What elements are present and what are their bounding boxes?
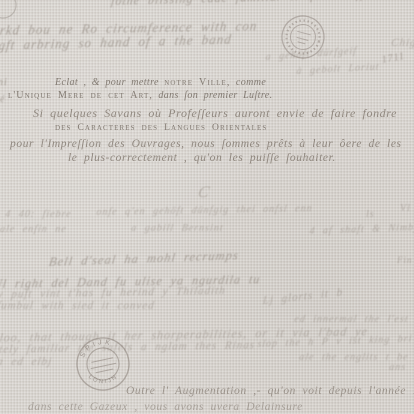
- handwritten-line: tale enfin ne: [0, 224, 67, 235]
- handwritten-line: fumbul with sied it conved: [0, 300, 155, 312]
- printed-line-2: l'Unique Mere de cet Art, dans ſon premi…: [8, 90, 272, 101]
- vintage-script-fabric-texture: SPIJK LONIJN fothe blissing cade familia…: [0, 0, 414, 414]
- handwritten-fragment: ls: [366, 209, 375, 220]
- printed-line-6: le plus-correctement , qu'on les puiſſe …: [68, 152, 336, 164]
- handwritten-fragment: é: [0, 94, 5, 105]
- handwritten-fragment: Vl: [400, 203, 411, 214]
- handwritten-line: a gabill Bernsint: [130, 223, 224, 234]
- printed-line-1: Eclat , & pour mettre notre Ville, comme: [55, 77, 266, 88]
- printed-line-5: pour l'Impreſſion des Ouvrages, nous ſom…: [10, 138, 402, 150]
- corner-arc-fragment: [0, 0, 16, 18]
- printed-line-3: Si quelques Savans où Profeſſeurs auront…: [33, 106, 397, 121]
- printed-line-bottom-2: dans cette Gazeux , vous avons uvera Del…: [28, 401, 303, 413]
- handwritten-line: 4 40: fiebre: [4, 209, 72, 220]
- printed-line-4: des Caracteres des Langues Orientales: [55, 123, 267, 133]
- handwritten-line: ed innermal the l'est: [293, 314, 409, 325]
- handwritten-fragment: a ed elbj: [0, 356, 53, 368]
- handwritten-fragment: Fin: [397, 255, 413, 265]
- handwritten-fragment: ni: [0, 77, 8, 88]
- handwritten-fragment: Chig: [390, 37, 414, 49]
- handwritten-fragment: ans: [388, 362, 406, 373]
- printed-line-bottom-1: Outre l' Augmentation ,- qu'on voit depu…: [126, 385, 414, 397]
